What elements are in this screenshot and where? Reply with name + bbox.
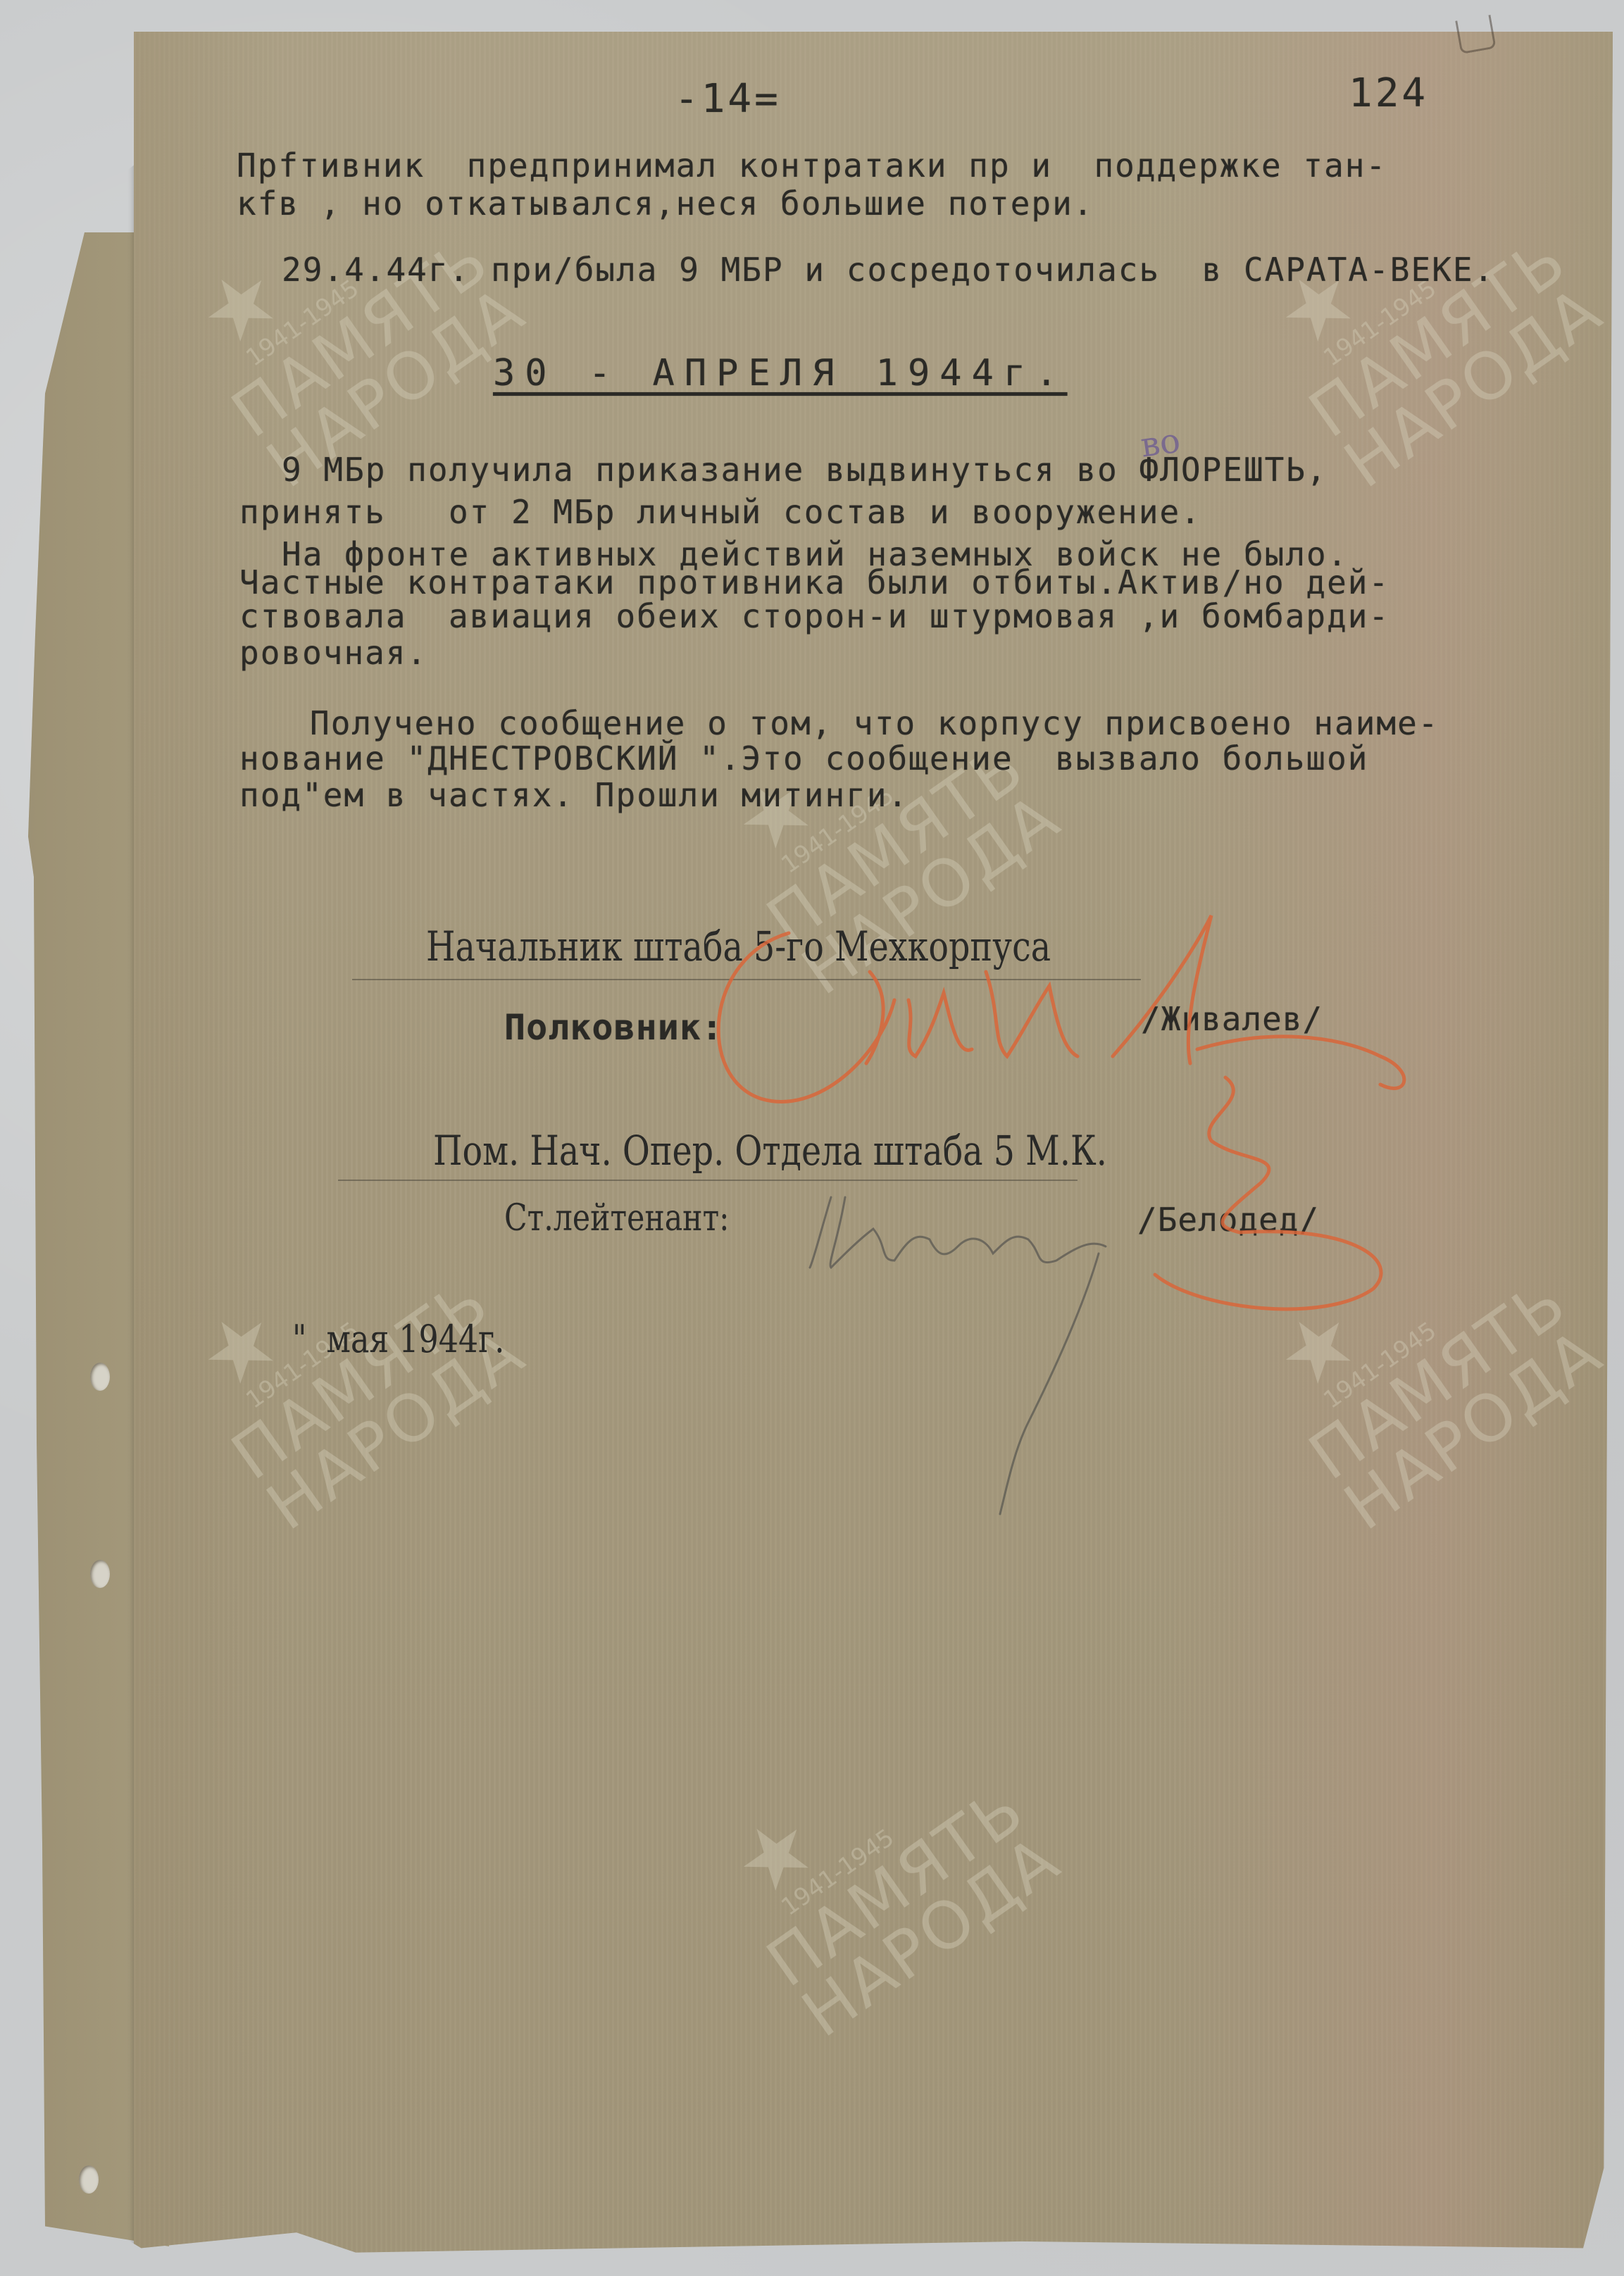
paragraph-line: кfв , но откатывался,неся большие потери… bbox=[237, 185, 1094, 223]
signature-rank-1: Полковник: bbox=[504, 1007, 723, 1048]
page-marker: -14= bbox=[675, 76, 781, 122]
folio-number: 124 bbox=[1349, 70, 1428, 116]
paragraph-line: 29.4.44г. при/была 9 МБР и сосредоточила… bbox=[282, 251, 1494, 289]
signature-title-2: Пом. Нач. Опер. Отдела штаба 5 М.К. bbox=[433, 1127, 1107, 1175]
paragraph-line: под"ем в частях. Прошли митинги. bbox=[239, 776, 908, 814]
binding-hole bbox=[79, 2165, 99, 2194]
signature-rule bbox=[352, 979, 1141, 980]
signature-title-1: Начальник штаба 5-го Мехкорпуса bbox=[426, 923, 1051, 970]
date-heading: 30 - АПРЕЛЯ 1944г. bbox=[493, 352, 1068, 394]
corner-pencil-mark bbox=[1455, 15, 1497, 54]
signature-rule bbox=[338, 1180, 1078, 1181]
paragraph-line: принять от 2 МБр личный состав и вооруже… bbox=[239, 493, 1201, 531]
signature-name-2: /Белодед/ bbox=[1137, 1201, 1319, 1239]
signature-name-1: /Живалев/ bbox=[1141, 1000, 1323, 1038]
binding-hole bbox=[90, 1560, 110, 1588]
paragraph-line: Получено сообщение о том, что корпусу пр… bbox=[310, 704, 1439, 742]
paragraph-line: нование "ДНЕСТРОВСКИЙ ".Это сообщение вы… bbox=[239, 739, 1369, 777]
document-date: " мая 1944г. bbox=[292, 1317, 504, 1361]
paragraph-line: ствовала авиация обеих сторон-и штурмова… bbox=[239, 597, 1389, 635]
binding-hole bbox=[90, 1363, 110, 1391]
paragraph-line: 9 МБр получила приказание выдвинуться во… bbox=[282, 451, 1328, 489]
signature-rank-2: Ст.лейтенант: bbox=[504, 1197, 730, 1239]
paragraph-line: Прfтивник предпринимал контратаки пр и п… bbox=[237, 146, 1387, 185]
paragraph-line: ровочная. bbox=[239, 634, 427, 672]
paragraph-line: Частные контратаки противника были отбит… bbox=[239, 563, 1389, 601]
